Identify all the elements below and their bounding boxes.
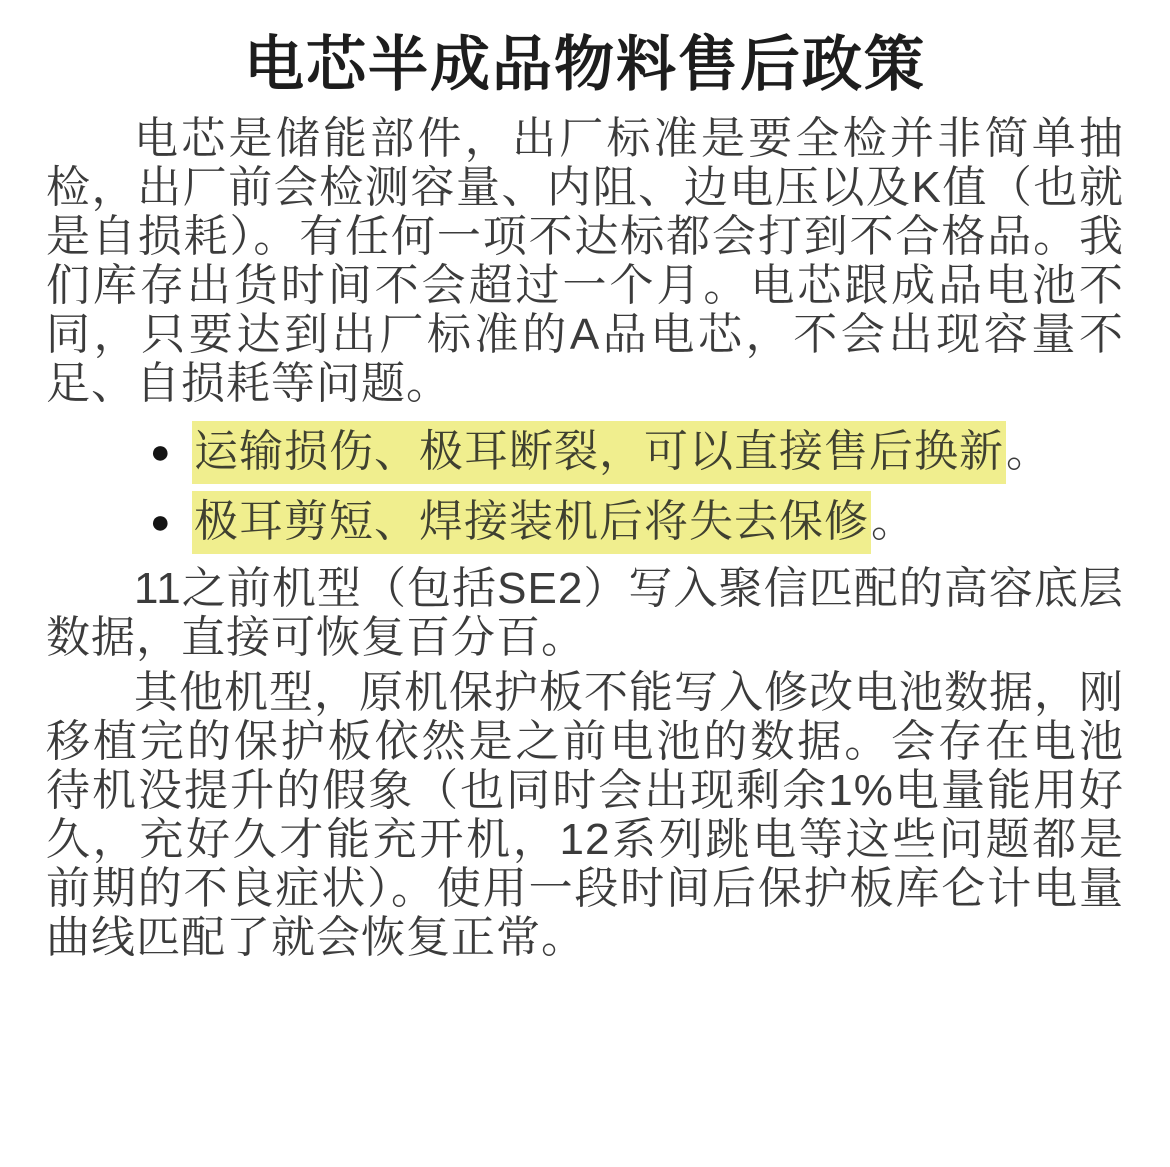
document-page: 电芯半成品物料售后政策 电芯是储能部件，出厂标准是要全检并非简单抽检，出厂前会检… (0, 0, 1170, 1167)
policy-bullet-list: ●运输损伤、极耳断裂，可以直接售后换新。 ●极耳剪短、焊接装机后将失去保修。 (46, 424, 1124, 550)
highlighted-policy-text: 运输损伤、极耳断裂，可以直接售后换新 (192, 421, 1006, 484)
highlighted-policy-text: 极耳剪短、焊接装机后将失去保修 (192, 491, 871, 554)
bullet-punctuation: 。 (871, 497, 916, 546)
list-item: ●极耳剪短、焊接装机后将失去保修。 (150, 494, 1124, 550)
paragraph-other-models: 其他机型，原机保护板不能写入修改电池数据，刚移植完的保护板依然是之前电池的数据。… (46, 668, 1124, 962)
bullet-icon: ● (150, 424, 176, 480)
bullet-punctuation: 。 (1006, 427, 1051, 476)
list-item: ●运输损伤、极耳断裂，可以直接售后换新。 (150, 424, 1124, 480)
page-title: 电芯半成品物料售后政策 (46, 32, 1124, 98)
paragraph-older-models: 11之前机型（包括SE2）写入聚信匹配的高容底层数据，直接可恢复百分百。 (46, 564, 1124, 662)
bullet-icon: ● (150, 494, 176, 550)
paragraph-intro: 电芯是储能部件，出厂标准是要全检并非简单抽检，出厂前会检测容量、内阻、边电压以及… (46, 114, 1124, 408)
